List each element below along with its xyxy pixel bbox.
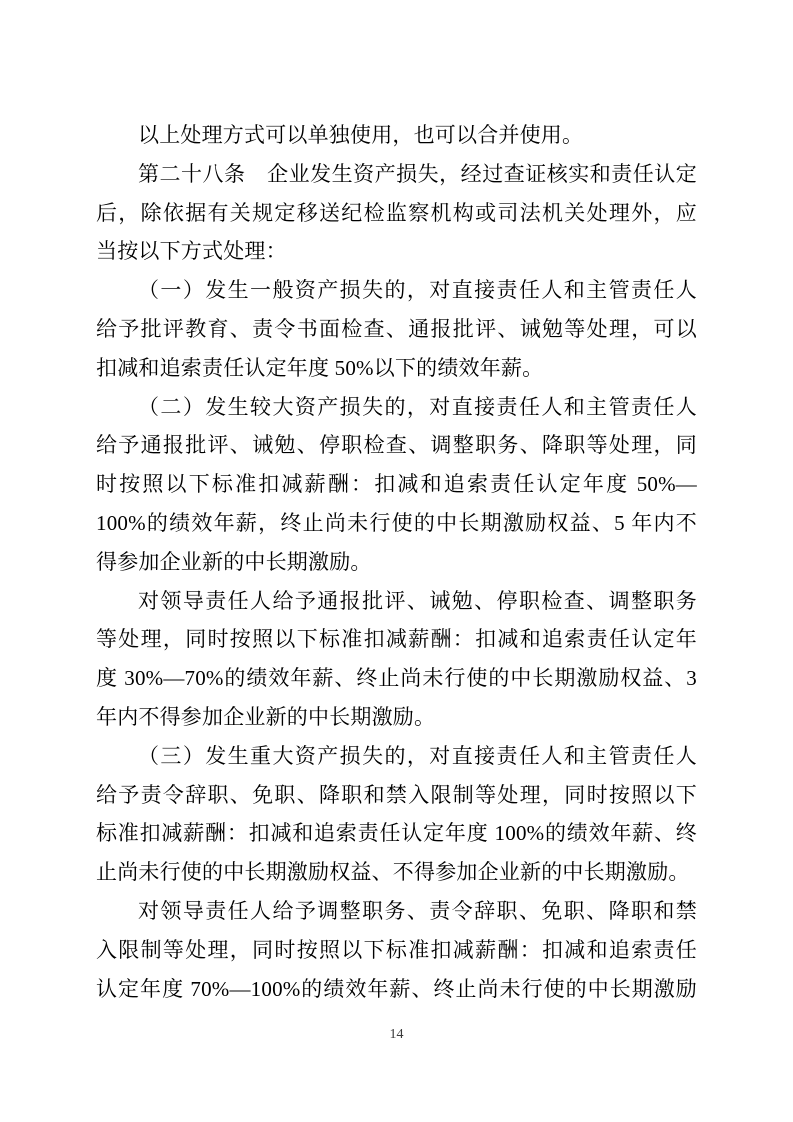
- text-line: 等处理，同时按照以下标准扣减薪酬：扣减和追索责任认定年: [96, 620, 697, 659]
- text-line: （一）发生一般资产损失的，对直接责任人和主管责任人: [96, 271, 697, 310]
- text-line: 入限制等处理，同时按照以下标准扣减薪酬：扣减和追索责任: [96, 931, 697, 970]
- text-line: 度 30%—70%的绩效年薪、终止尚未行使的中长期激励权益、3: [96, 659, 697, 698]
- document-text-block: 以上处理方式可以单独使用，也可以合并使用。第二十八条 企业发生资产损失，经过查证…: [96, 116, 697, 1008]
- text-line: 对领导责任人给予通报批评、诫勉、停职检查、调整职务: [96, 582, 697, 621]
- text-line: 给予通报批评、诫勉、停职检查、调整职务、降职等处理，同: [96, 426, 697, 465]
- text-line: 100%的绩效年薪，终止尚未行使的中长期激励权益、5 年内不: [96, 504, 697, 543]
- text-line: 当按以下方式处理：: [96, 232, 697, 271]
- text-line: 标准扣减薪酬：扣减和追索责任认定年度 100%的绩效年薪、终: [96, 814, 697, 853]
- text-line: 扣减和追索责任认定年度 50%以下的绩效年薪。: [96, 349, 697, 388]
- text-line: （二）发生较大资产损失的，对直接责任人和主管责任人: [96, 388, 697, 427]
- text-line: 得参加企业新的中长期激励。: [96, 543, 697, 582]
- text-line: 认定年度 70%—100%的绩效年薪、终止尚未行使的中长期激励: [96, 970, 697, 1009]
- text-line: 给予批评教育、责令书面检查、通报批评、诫勉等处理，可以: [96, 310, 697, 349]
- page-number: 14: [0, 1026, 793, 1044]
- text-line: 对领导责任人给予调整职务、责令辞职、免职、降职和禁: [96, 892, 697, 931]
- text-line: （三）发生重大资产损失的，对直接责任人和主管责任人: [96, 737, 697, 776]
- text-line: 第二十八条 企业发生资产损失，经过查证核实和责任认定: [96, 155, 697, 194]
- document-page: 以上处理方式可以单独使用，也可以合并使用。第二十八条 企业发生资产损失，经过查证…: [0, 0, 793, 1122]
- text-line: 止尚未行使的中长期激励权益、不得参加企业新的中长期激励。: [96, 853, 697, 892]
- text-line: 给予责令辞职、免职、降职和禁入限制等处理，同时按照以下: [96, 776, 697, 815]
- text-line: 后，除依据有关规定移送纪检监察机构或司法机关处理外，应: [96, 194, 697, 233]
- text-line: 年内不得参加企业新的中长期激励。: [96, 698, 697, 737]
- text-line: 以上处理方式可以单独使用，也可以合并使用。: [96, 116, 697, 155]
- text-line: 时按照以下标准扣减薪酬：扣减和追索责任认定年度 50%—: [96, 465, 697, 504]
